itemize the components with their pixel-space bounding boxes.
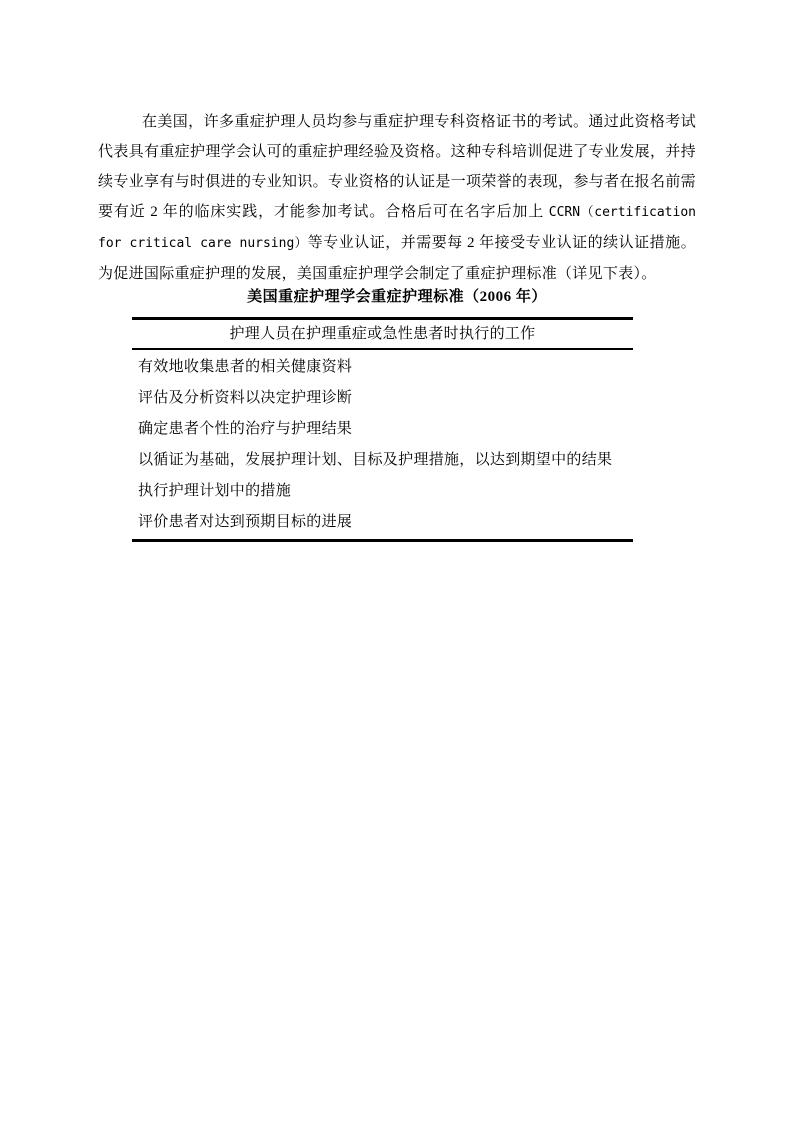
body-paragraph: 在美国，许多重症护理人员均参与重症护理专科资格证书的考试。通过此资格考试代表具有… [98, 107, 696, 289]
table-header: 护理人员在护理重症或急性患者时执行的工作 [132, 320, 633, 350]
table-row: 确定患者个性的治疗与护理结果 [132, 414, 633, 445]
standards-table: 护理人员在护理重症或急性患者时执行的工作 有效地收集患者的相关健康资料评估及分析… [132, 317, 633, 542]
table-title: 美国重症护理学会重症护理标准（2006 年） [98, 283, 696, 311]
table-row: 执行护理计划中的措施 [132, 476, 633, 507]
table-row: 以循证为基础，发展护理计划、目标及护理措施，以达到期望中的结果 [132, 445, 633, 476]
document-page: 在美国，许多重症护理人员均参与重症护理专科资格证书的考试。通过此资格考试代表具有… [0, 0, 793, 1122]
table-row: 评价患者对达到预期目标的进展 [132, 507, 633, 538]
table-row: 有效地收集患者的相关健康资料 [132, 352, 633, 383]
table-body: 有效地收集患者的相关健康资料评估及分析资料以决定护理诊断确定患者个性的治疗与护理… [132, 350, 633, 539]
table-row: 评估及分析资料以决定护理诊断 [132, 383, 633, 414]
